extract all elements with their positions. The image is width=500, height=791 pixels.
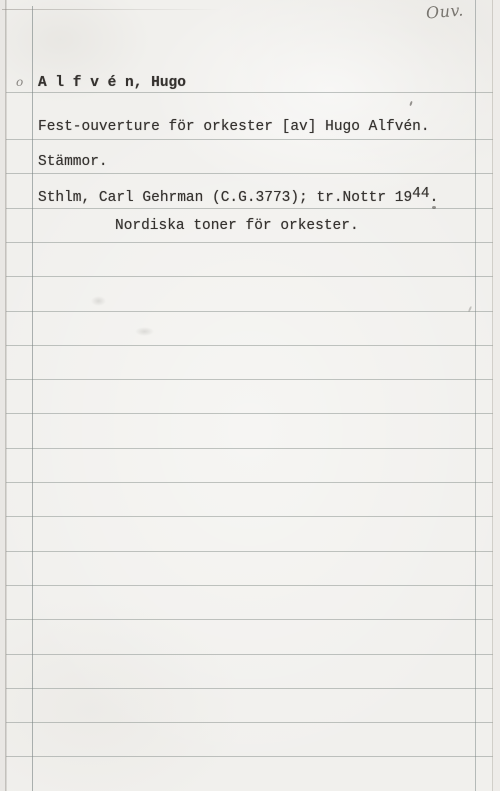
ruled-line <box>6 311 493 312</box>
ruled-line <box>6 345 493 346</box>
ruled-line <box>6 276 493 277</box>
handwritten-annotation: Ouv. <box>425 0 464 22</box>
left-margin-line <box>32 6 33 791</box>
card-left-edge <box>5 0 7 791</box>
ruled-line <box>6 242 493 243</box>
ruled-line <box>6 173 493 174</box>
ruled-line <box>6 722 493 723</box>
ruled-line <box>6 654 493 655</box>
ink-speck <box>409 101 413 106</box>
author-heading: A l f v é n, Hugo <box>38 76 186 91</box>
ruled-line <box>6 208 493 209</box>
ruled-line <box>6 448 493 449</box>
ruled-line <box>6 92 493 93</box>
publication-line: Sthlm, Carl Gehrman (C.G.3773); tr.Nottr… <box>38 191 438 206</box>
ruled-line <box>6 139 493 140</box>
publication-text: Sthlm, Carl Gehrman (C.G.3773); tr.Nottr… <box>38 190 412 206</box>
smudge-mark <box>91 296 106 306</box>
catalog-card-scan: Ouv. o A l f v é n, Hugo Fest-ouverture … <box>0 0 500 791</box>
ruled-line <box>6 551 493 552</box>
publication-period: . <box>430 190 439 206</box>
ink-speck <box>432 206 436 209</box>
smudge-mark <box>135 327 154 336</box>
ruled-line <box>6 516 493 517</box>
parts-line: Stämmor. <box>38 155 108 170</box>
pencil-margin-mark: o <box>16 75 23 89</box>
ruled-line <box>6 379 493 380</box>
publication-year-raised: 44 <box>412 186 429 202</box>
ruled-line <box>6 619 493 620</box>
ruled-line <box>6 688 493 689</box>
ruled-line <box>6 585 493 586</box>
card-top-edge <box>2 9 222 10</box>
scan-background-right-strip <box>493 0 500 791</box>
title-line: Fest-ouverture för orkester [av] Hugo Al… <box>38 120 430 135</box>
ruled-line <box>6 756 493 757</box>
series-line: Nordiska toner för orkester. <box>115 219 359 234</box>
right-margin-line <box>475 0 476 791</box>
ruled-line <box>6 413 493 414</box>
ruled-line <box>6 482 493 483</box>
